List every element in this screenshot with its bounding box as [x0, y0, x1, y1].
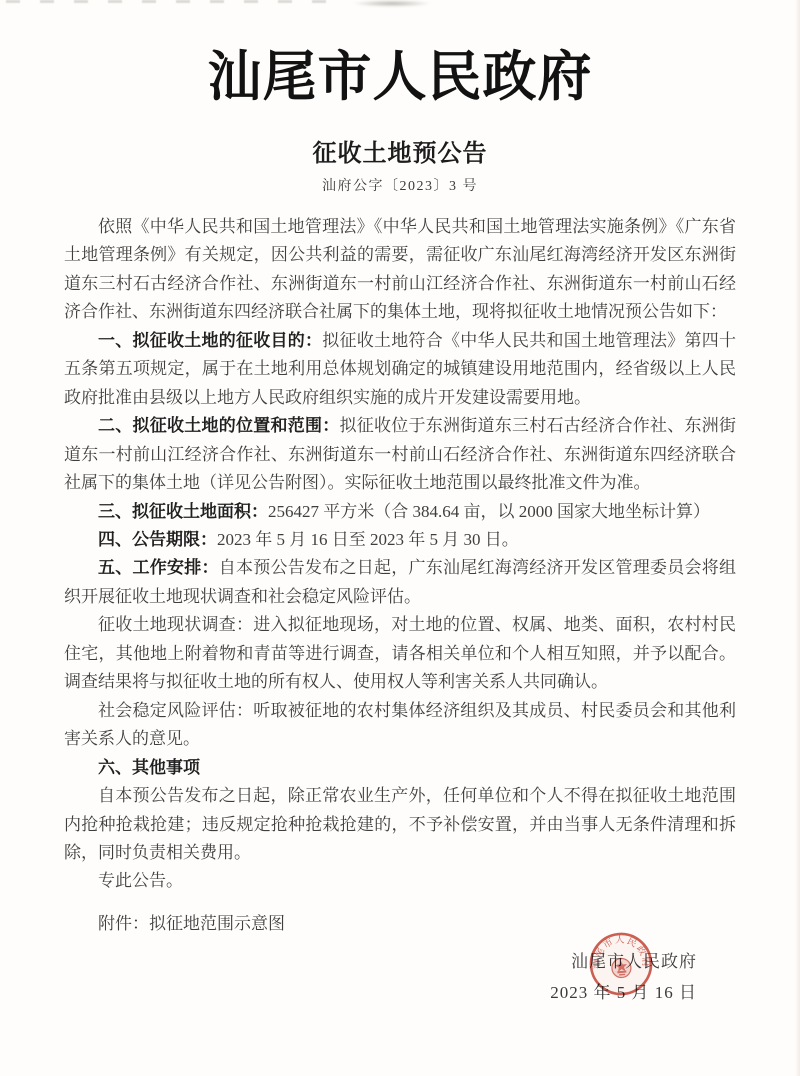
- doc-subtitle: 征收土地预公告: [0, 140, 800, 167]
- doc-number: 汕府公字〔2023〕3 号: [0, 178, 800, 195]
- scan-artifact: [6, 0, 336, 3]
- paragraph-risk-assessment: 社会稳定风险评估：听取被征地的农村集体经济组织及其成员、村民委员会和其他利害关系…: [64, 697, 736, 754]
- paragraph-section-1: 一、拟征收土地的征收目的：拟征收土地符合《中华人民共和国土地管理法》第四十五条第…: [64, 327, 736, 412]
- scan-artifact: [352, 0, 432, 7]
- paragraph-lead: 三、拟征收土地面积：: [98, 502, 268, 521]
- scan-artifact: [795, 0, 800, 1076]
- page-title: 汕尾市人民政府: [0, 0, 800, 108]
- paragraph-text: 附件：拟征地范围示意图: [98, 914, 285, 933]
- paragraph-section-5: 五、工作安排：自本预公告发布之日起，广东汕尾红海湾经济开发区管理委员会将组织开展…: [64, 554, 736, 611]
- paragraph-intro: 依照《中华人民共和国土地管理法》《中华人民共和国土地管理法实施条例》《广东省土地…: [64, 213, 736, 327]
- paragraph-text: 自本预公告发布之日起，除正常农业生产外，任何单位和个人不得在拟征收土地范围内抢种…: [64, 786, 736, 862]
- paragraph-text: 专此公告。: [98, 871, 183, 890]
- paragraph-text: 依照《中华人民共和国土地管理法》《中华人民共和国土地管理法实施条例》《广东省土地…: [64, 217, 736, 321]
- paragraph-lead: 六、其他事项: [98, 758, 200, 777]
- paragraph-section-3: 三、拟征收土地面积：256427 平方米（合 384.64 亩，以 2000 国…: [64, 498, 736, 526]
- document-body: 依照《中华人民共和国土地管理法》《中华人民共和国土地管理法实施条例》《广东省土地…: [64, 213, 736, 938]
- paragraph-text: 256427 平方米（合 384.64 亩，以 2000 国家大地坐标计算）: [268, 502, 710, 521]
- document-page: 汕尾市人民政府 征收土地预公告 汕府公字〔2023〕3 号 依照《中华人民共和国…: [0, 0, 800, 1076]
- official-seal-icon: 汕尾市人民政府: [585, 928, 658, 1001]
- paragraph-other-matters: 自本预公告发布之日起，除正常农业生产外，任何单位和个人不得在拟征收土地范围内抢种…: [64, 782, 736, 867]
- paragraph-lead: 五、工作安排：: [98, 558, 219, 577]
- paragraph-lead: 一、拟征收土地的征收目的：: [98, 331, 322, 350]
- paragraph-text: 征收土地现状调查：进入拟征地现场，对土地的位置、权属、地类、面积，农村村民住宅，…: [64, 615, 736, 691]
- paragraph-section-2: 二、拟征收土地的位置和范围：拟征收位于东洲街道东三村石古经济合作社、东洲街道东一…: [64, 412, 736, 497]
- paragraph-lead: 四、公告期限：: [98, 530, 217, 549]
- paragraph-text: 2023 年 5 月 16 日至 2023 年 5 月 30 日。: [217, 530, 519, 549]
- paragraph-section-4: 四、公告期限：2023 年 5 月 16 日至 2023 年 5 月 30 日。: [64, 526, 736, 554]
- paragraph-text: 社会稳定风险评估：听取被征地的农村集体经济组织及其成员、村民委员会和其他利害关系…: [64, 701, 736, 748]
- paragraph-closing: 专此公告。: [64, 867, 736, 895]
- paragraph-lead: 二、拟征收土地的位置和范围：: [98, 416, 340, 435]
- paragraph-survey: 征收土地现状调查：进入拟征地现场，对土地的位置、权属、地类、面积，农村村民住宅，…: [64, 611, 736, 696]
- paragraph-section-6: 六、其他事项: [64, 754, 736, 782]
